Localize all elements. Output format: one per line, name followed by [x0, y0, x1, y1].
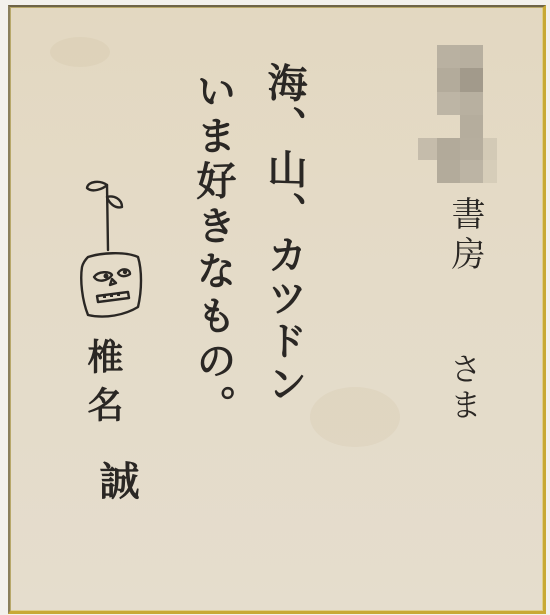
leaf-icon: [87, 182, 107, 190]
recipient-honorific: さま: [448, 352, 480, 424]
paper-stain: [310, 387, 400, 447]
message-line-2: いま好きなもの。: [193, 69, 233, 430]
sprout-stem-icon: [107, 185, 108, 250]
redacted-recipient-name: [418, 45, 500, 183]
message-line-1: 海、山、カツドン: [264, 61, 304, 406]
recipient-line: 書房: [448, 196, 482, 276]
paper-stain: [50, 37, 110, 67]
face-sprout-doodle: [70, 175, 150, 320]
nose-icon: [110, 279, 116, 285]
signature-family-name: 椎名: [84, 338, 120, 434]
left-eye-icon: [94, 272, 112, 280]
leaf-icon: [107, 196, 122, 207]
signature-given-name: 誠: [96, 460, 136, 500]
